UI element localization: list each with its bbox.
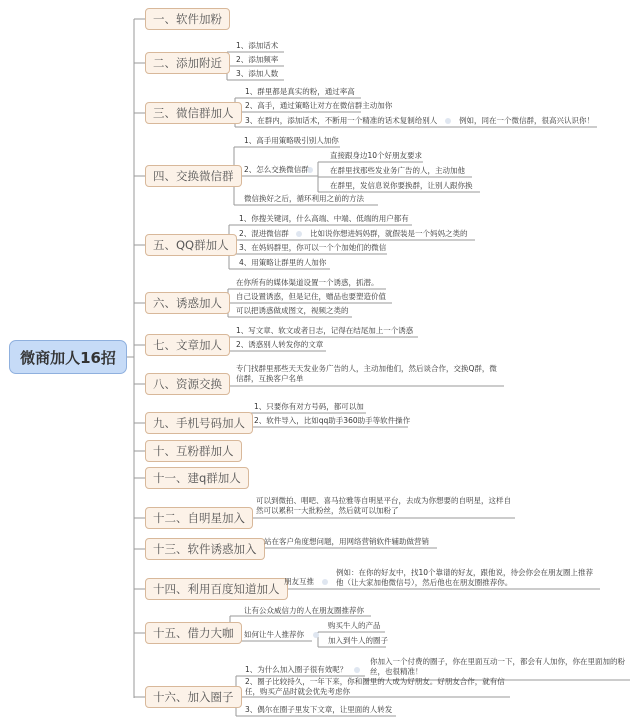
- collapse-dot-icon[interactable]: [354, 667, 360, 673]
- leaf-node[interactable]: 可以把诱惑做成图文，视频之类的: [236, 306, 349, 316]
- branch-label: 九、手机号码加人: [153, 415, 245, 431]
- leaf-node[interactable]: 专门找群里那些天天发业务广告的人，主动加他们，然后谈合作，交换Q群，微信群，互换…: [236, 364, 504, 384]
- branch-node-9[interactable]: 九、手机号码加人: [145, 412, 253, 434]
- root-node[interactable]: 微商加人16招: [9, 340, 127, 374]
- leaf-node[interactable]: 2、添加频率: [236, 55, 278, 65]
- branch-node-13[interactable]: 十三、软件诱惑加入: [145, 538, 265, 560]
- leaf-node[interactable]: 可以到微拍、唱吧、喜马拉雅等自明星平台，去成为你想要的自明星，这样自然可以累积一…: [256, 496, 514, 516]
- leaf-node[interactable]: 2、软件导入，比如qq助手360助手等软件操作: [254, 416, 410, 426]
- leaf-node[interactable]: 4、用策略让群里的人加你: [239, 258, 326, 268]
- branch-label: 十四、利用百度知道加人: [153, 581, 280, 597]
- branch-node-14[interactable]: 十四、利用百度知道加人: [145, 578, 288, 600]
- leaf-node[interactable]: 你加入一个付费的圈子，你在里面互动一下，都会有人加你，你在里面加的粉丝，也很精准…: [370, 657, 628, 677]
- leaf-node[interactable]: 2、圈子比较持久，一年下来，你和圈里的人成为好朋友。好朋友合作，就有信任，购买产…: [245, 677, 507, 697]
- branch-label: 三、微信群加人: [153, 105, 234, 121]
- branch-node-2[interactable]: 二、添加附近: [145, 52, 230, 74]
- leaf-node[interactable]: 比如说你想进妈妈群，就假装是一个妈妈之类的: [310, 229, 468, 239]
- leaf-node[interactable]: 购买牛人的产品: [328, 621, 381, 631]
- leaf-node[interactable]: 3、在群内，添加话术，不断用一个精准的话术复制给别人: [245, 116, 437, 126]
- leaf-node[interactable]: 2、高手，通过策略让对方在微信群主动加你: [245, 101, 392, 111]
- collapse-dot-icon[interactable]: [322, 579, 328, 585]
- branch-label: 十三、软件诱惑加入: [153, 541, 257, 557]
- leaf-node[interactable]: 朋友互推: [284, 577, 314, 587]
- branch-node-1[interactable]: 一、软件加粉: [145, 8, 230, 30]
- branch-node-6[interactable]: 六、诱惑加人: [145, 292, 230, 314]
- leaf-node[interactable]: 微信换好之后，循环利用之前的方法: [244, 194, 364, 204]
- leaf-node[interactable]: 1、只要你有对方号码，都可以加: [254, 402, 364, 412]
- branch-node-7[interactable]: 七、文章加人: [145, 334, 230, 356]
- collapse-dot-icon[interactable]: [307, 167, 313, 173]
- branch-label: 八、资源交换: [153, 376, 222, 392]
- leaf-node[interactable]: 在你所有的媒体渠道设置一个诱惑，抓潜。: [236, 278, 379, 288]
- branch-node-5[interactable]: 五、QQ群加人: [145, 234, 237, 256]
- leaf-node[interactable]: 3、在妈妈群里，你可以一个个加她们的微信: [239, 243, 386, 253]
- branch-node-11[interactable]: 十一、建q群加人: [145, 467, 249, 489]
- mind-map: 微商加人16招 一、软件加粉 二、添加附近 三、微信群加人 四、交换微信群 五、…: [0, 0, 640, 725]
- branch-label: 五、QQ群加人: [153, 237, 229, 253]
- leaf-node[interactable]: 加入到牛人的圈子: [328, 636, 388, 646]
- leaf-node[interactable]: 如何让牛人推荐你: [244, 630, 304, 640]
- branch-label: 十二、自明星加入: [153, 510, 245, 526]
- leaf-node[interactable]: 直接跟身边10个好朋友要求: [330, 151, 422, 161]
- branch-node-16[interactable]: 十六、加入圈子: [145, 686, 242, 708]
- leaf-node[interactable]: 例如，同在一个微信群，很高兴认识你！: [459, 116, 594, 126]
- leaf-node[interactable]: 1、高手用策略吸引别人加你: [244, 136, 339, 146]
- leaf-node[interactable]: 站在客户角度想问题，用网络营销软件辅助做营销: [264, 537, 429, 547]
- branch-node-10[interactable]: 十、互粉群加人: [145, 440, 242, 462]
- leaf-node[interactable]: 在群里找那些发业务广告的人，主动加他: [330, 166, 465, 176]
- leaf-node[interactable]: 2、混进微信群: [239, 229, 289, 239]
- leaf-node[interactable]: 1、为什么加入圈子很有效呢？: [245, 665, 347, 675]
- root-label: 微商加人16招: [20, 347, 116, 368]
- collapse-dot-icon[interactable]: [296, 231, 302, 237]
- branch-label: 十五、借力大咖: [153, 625, 234, 641]
- leaf-node[interactable]: 3、偶尔在圈子里发下文章，让里面的人转发: [245, 705, 392, 715]
- leaf-node[interactable]: 2、怎么交换微信群: [244, 165, 309, 175]
- collapse-dot-icon[interactable]: [445, 118, 451, 124]
- leaf-node[interactable]: 1、你搜关键词，什么高端、中端、低端的用户都有: [239, 214, 409, 224]
- leaf-node[interactable]: 例如：在你的好友中，找10个靠谱的好友，跟他说，待会你会在朋友圈上推荐他（让大家…: [336, 568, 596, 588]
- leaf-node[interactable]: 1、群里都是真实的粉，通过率高: [245, 87, 355, 97]
- branch-node-4[interactable]: 四、交换微信群: [145, 165, 242, 187]
- branch-label: 一、软件加粉: [153, 11, 222, 27]
- leaf-node[interactable]: 1、写文章、软文或者日志，记得在结尾加上一个诱惑: [236, 326, 413, 336]
- leaf-node[interactable]: 在群里，发信息说你要换群，让别人跟你换: [330, 181, 473, 191]
- leaf-node[interactable]: 1、添加话术: [236, 41, 278, 51]
- leaf-node[interactable]: 2、诱惑别人转发你的文章: [236, 340, 323, 350]
- branch-label: 七、文章加人: [153, 337, 222, 353]
- branch-label: 二、添加附近: [153, 55, 222, 71]
- leaf-node[interactable]: 让有公众威信力的人在朋友圈推荐你: [244, 606, 364, 616]
- leaf-node[interactable]: 3、添加人数: [236, 69, 278, 79]
- branch-node-15[interactable]: 十五、借力大咖: [145, 622, 242, 644]
- branch-label: 六、诱惑加人: [153, 295, 222, 311]
- collapse-dot-icon[interactable]: [313, 632, 319, 638]
- branch-node-12[interactable]: 十二、自明星加入: [145, 507, 253, 529]
- branch-label: 十、互粉群加人: [153, 443, 234, 459]
- branch-label: 十一、建q群加人: [153, 470, 241, 486]
- branch-label: 四、交换微信群: [153, 168, 234, 184]
- branch-node-8[interactable]: 八、资源交换: [145, 373, 230, 395]
- leaf-node[interactable]: 自己设置诱惑，但是记住，赠品也要塑造价值: [236, 292, 386, 302]
- branch-node-3[interactable]: 三、微信群加人: [145, 102, 242, 124]
- branch-label: 十六、加入圈子: [153, 689, 234, 705]
